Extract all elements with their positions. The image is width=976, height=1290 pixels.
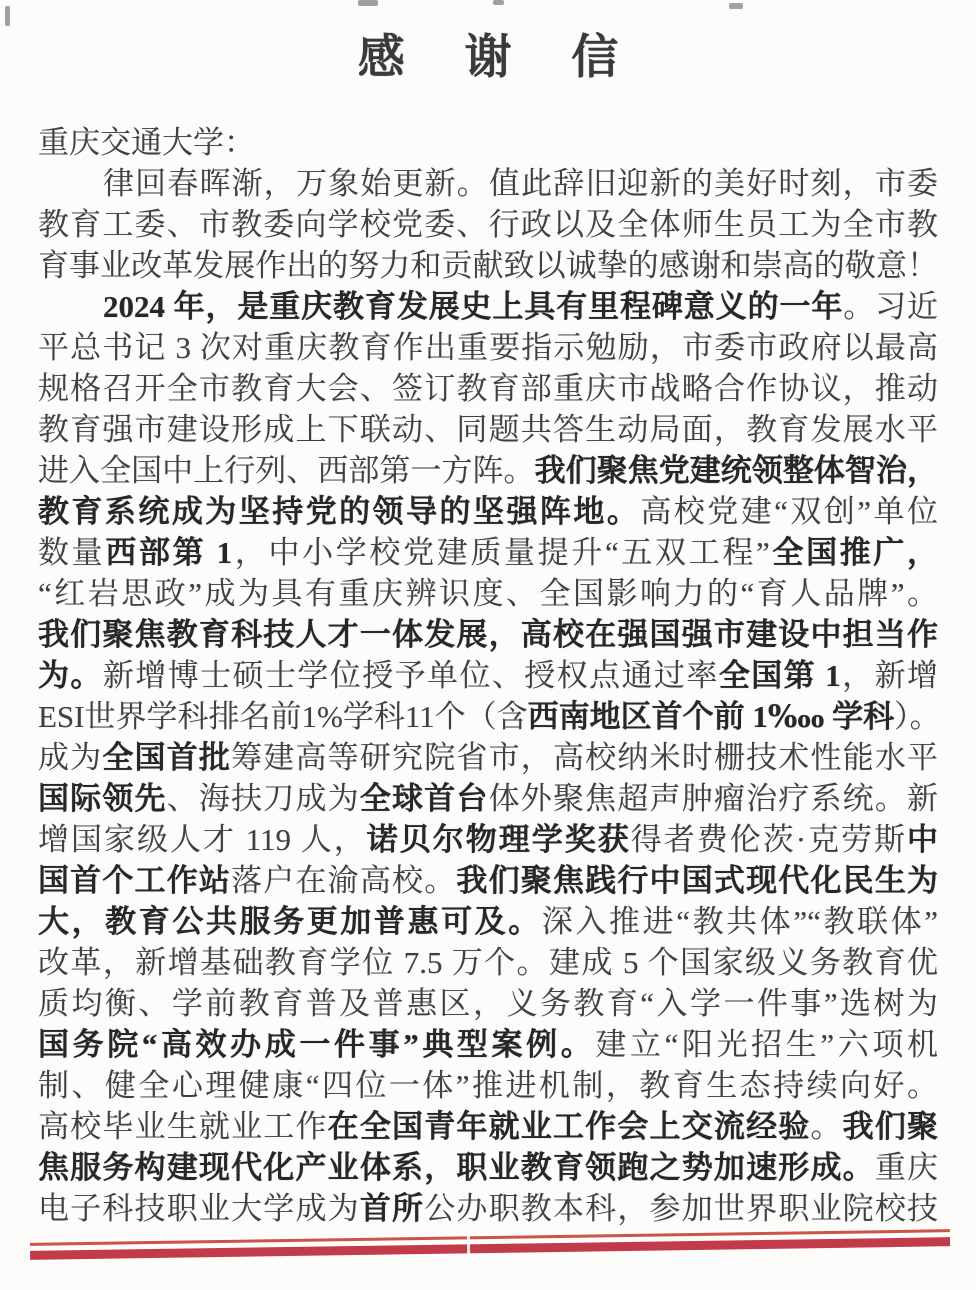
letter-title: 感 谢 信 xyxy=(0,20,976,87)
text-segment: 全国第 1 xyxy=(719,658,841,693)
text-segment: “红岩思政”成为具有重庆辨识度、全国影响力的“育人品牌”。 xyxy=(38,576,938,611)
body-line: 平总书记 3 次对重庆教育作出重要指示勉励，市委市政府以最高 xyxy=(38,327,938,368)
letter-body: 重庆交通大学： 律回春晖渐，万象始更新。值此辞旧迎新的美好时刻，市委教育工委、市… xyxy=(38,122,938,1229)
text-segment: 中 xyxy=(907,822,938,857)
text-segment: 全国首批 xyxy=(102,740,231,775)
text-segment: 教育工委、市教委向学校党委、行政以及全体师生员工为全市教 xyxy=(38,207,938,242)
text-segment: 公办职教本科，参加世界职业院校技 xyxy=(424,1191,938,1226)
text-segment: 重庆 xyxy=(875,1150,938,1185)
text-segment: 为。 xyxy=(38,658,103,693)
footer-red-rule xyxy=(30,1229,950,1260)
text-segment: 我们聚焦践行中国式现代化民生为 xyxy=(456,863,938,898)
text-segment: 建立“阳光招生”六项机 xyxy=(595,1027,938,1062)
scan-artifact xyxy=(358,0,378,6)
body-line: 进入全国中上行列、西部第一方阵。我们聚焦党建统领整体智治， xyxy=(38,450,938,491)
text-segment: 在全国青年就业工作会上交流经验 xyxy=(328,1109,811,1144)
text-segment: 高校党建“双创”单位 xyxy=(640,494,938,529)
body-line: “红岩思政”成为具有重庆辨识度、全国影响力的“育人品牌”。 xyxy=(38,573,938,614)
text-segment: 得者费伦茨·克劳斯 xyxy=(631,822,907,857)
text-segment: 进入全国中上行列、西部第一方阵。 xyxy=(38,453,535,488)
body-line: 电子科技职业大学成为首所公办职教本科，参加世界职业院校技 xyxy=(38,1188,938,1229)
text-segment: 教育系统成为坚持党的领导的坚强阵地。 xyxy=(38,494,640,529)
body-line: 教育强市建设形成上下联动、同题共答生动局面，教育发展水平 xyxy=(38,409,938,450)
body-line: 制、健全心理健康“四位一体”推进机制，教育生态持续向好。 xyxy=(38,1065,938,1106)
text-segment: 改革，新增基础教育学位 7.5 万个。建成 5 个国家级义务教育优 xyxy=(38,945,938,980)
body-line: 2024 年，是重庆教育发展史上具有里程碑意义的一年。习近 xyxy=(38,286,938,327)
body-line: 增国家级人才 119 人，诺贝尔物理学奖获得者费伦茨·克劳斯中 xyxy=(38,819,938,860)
text-segment: 增国家级人才 119 人， xyxy=(38,822,367,857)
body-line: 我们聚焦教育科技人才一体发展，高校在强国强市建设中担当作 xyxy=(38,614,938,655)
body-line: 焦服务构建现代化产业体系，职业教育领跑之势加速形成。重庆 xyxy=(38,1147,938,1188)
body-line: 育事业改革发展作出的努力和贡献致以诚挚的感谢和崇高的敬意！ xyxy=(38,245,938,286)
body-line: 律回春晖渐，万象始更新。值此辞旧迎新的美好时刻，市委 xyxy=(38,163,938,204)
text-segment: 教育强市建设形成上下联动、同题共答生动局面，教育发展水平 xyxy=(38,412,938,447)
body-line: 国际领先、海扶刀成为全球首台体外聚焦超声肿瘤治疗系统。新 xyxy=(38,778,938,819)
text-segment: 我们聚 xyxy=(843,1109,938,1144)
text-segment: 国务院“高效办成一件事”典型案例。 xyxy=(38,1027,595,1062)
text-segment: 全国推广， xyxy=(770,535,938,570)
text-segment: 育事业改革发展作出的努力和贡献致以诚挚的感谢和崇高的敬意！ xyxy=(38,248,938,283)
text-segment: 成为 xyxy=(38,740,102,775)
letter-page: 感 谢 信 重庆交通大学： 律回春晖渐，万象始更新。值此辞旧迎新的美好时刻，市委… xyxy=(0,0,976,1290)
body-line: 国首个工作站落户在渝高校。我们聚焦践行中国式现代化民生为 xyxy=(38,860,938,901)
text-segment: 我们聚焦党建统领整体智治， xyxy=(535,453,938,488)
text-segment: 全球首台 xyxy=(360,781,489,816)
text-segment: 国际领先 xyxy=(38,781,167,816)
text-segment: 国首个工作站 xyxy=(38,863,231,898)
text-segment: 电子科技职业大学成为 xyxy=(38,1191,360,1226)
text-segment: 我们聚焦教育科技人才一体发展，高校在强国强市建设中担当作 xyxy=(38,617,938,652)
text-segment: 2024 年，是重庆教育发展史上具有里程碑意义的一年 xyxy=(103,289,843,324)
text-segment: 。 xyxy=(810,1109,842,1144)
text-segment: 西南地区首个前 1‱ 学科 xyxy=(528,699,894,734)
text-segment: ESI世界学科排名前1%学科11个（含 xyxy=(38,699,528,734)
scan-seam xyxy=(467,1234,470,1254)
text-segment: 制、健全心理健康“四位一体”推进机制，教育生态持续向好。 xyxy=(38,1068,938,1103)
text-segment: 首所 xyxy=(360,1191,424,1226)
text-segment: ）。 xyxy=(894,699,941,734)
body-line: 规格召开全市教育大会、签订教育部重庆市战略合作协议，推动 xyxy=(38,368,938,409)
text-segment: 诺贝尔物理学奖获 xyxy=(367,822,631,857)
text-segment: 新增博士硕士学位授予单位、授权点通过率 xyxy=(103,658,719,693)
text-segment: 体外聚焦超声肿瘤治疗系统。新 xyxy=(489,781,938,816)
body-line: 国务院“高效办成一件事”典型案例。建立“阳光招生”六项机 xyxy=(38,1024,938,1065)
text-segment: 质均衡、学前教育普及普惠区，义务教育“入学一件事”选树为 xyxy=(38,986,938,1021)
text-segment: 深入推进“教共体”“教联体” xyxy=(542,904,938,939)
text-segment: 焦服务构建现代化产业体系，职业教育领跑之势加速形成。 xyxy=(38,1150,875,1185)
text-segment: 、海扶刀成为 xyxy=(167,781,360,816)
body-line: 为。新增博士硕士学位授予单位、授权点通过率全国第 1，新增 xyxy=(38,655,938,696)
body-line: 改革，新增基础教育学位 7.5 万个。建成 5 个国家级义务教育优 xyxy=(38,942,938,983)
salutation: 重庆交通大学： xyxy=(38,122,938,163)
text-segment: 律回春晖渐，万象始更新。值此辞旧迎新的美好时刻，市委 xyxy=(103,166,938,201)
text-segment: 大，教育公共服务更加普惠可及。 xyxy=(38,904,542,939)
body-line: 大，教育公共服务更加普惠可及。深入推进“教共体”“教联体” xyxy=(38,901,938,942)
scan-artifact xyxy=(493,0,504,5)
body-line: 高校毕业生就业工作在全国青年就业工作会上交流经验。我们聚 xyxy=(38,1106,938,1147)
scan-artifact xyxy=(729,3,743,9)
text-segment: 西部第 1 xyxy=(105,535,232,570)
text-segment: 落户在渝高校。 xyxy=(231,863,456,898)
body-line: 教育系统成为坚持党的领导的坚强阵地。高校党建“双创”单位 xyxy=(38,491,938,532)
body-line: 数量西部第 1，中小学校党建质量提升“五双工程”全国推广， xyxy=(38,532,938,573)
text-segment: 高校毕业生就业工作 xyxy=(38,1109,328,1144)
text-segment: 筹建高等研究院省市，高校纳米时栅技术性能水平 xyxy=(231,740,938,775)
text-segment: ，中小学校党建质量提升“五双工程” xyxy=(232,535,770,570)
text-segment: 数量 xyxy=(38,535,105,570)
body-line: 成为全国首批筹建高等研究院省市，高校纳米时栅技术性能水平 xyxy=(38,737,938,778)
body-line: 教育工委、市教委向学校党委、行政以及全体师生员工为全市教 xyxy=(38,204,938,245)
body-line: ESI世界学科排名前1%学科11个（含西南地区首个前 1‱ 学科）。 xyxy=(38,696,938,737)
text-segment: 平总书记 3 次对重庆教育作出重要指示勉励，市委市政府以最高 xyxy=(38,330,938,365)
text-segment: 规格召开全市教育大会、签订教育部重庆市战略合作协议，推动 xyxy=(38,371,938,406)
text-segment: 。习近 xyxy=(843,289,938,324)
body-line: 质均衡、学前教育普及普惠区，义务教育“入学一件事”选树为 xyxy=(38,983,938,1024)
text-segment: ，新增 xyxy=(841,658,938,693)
